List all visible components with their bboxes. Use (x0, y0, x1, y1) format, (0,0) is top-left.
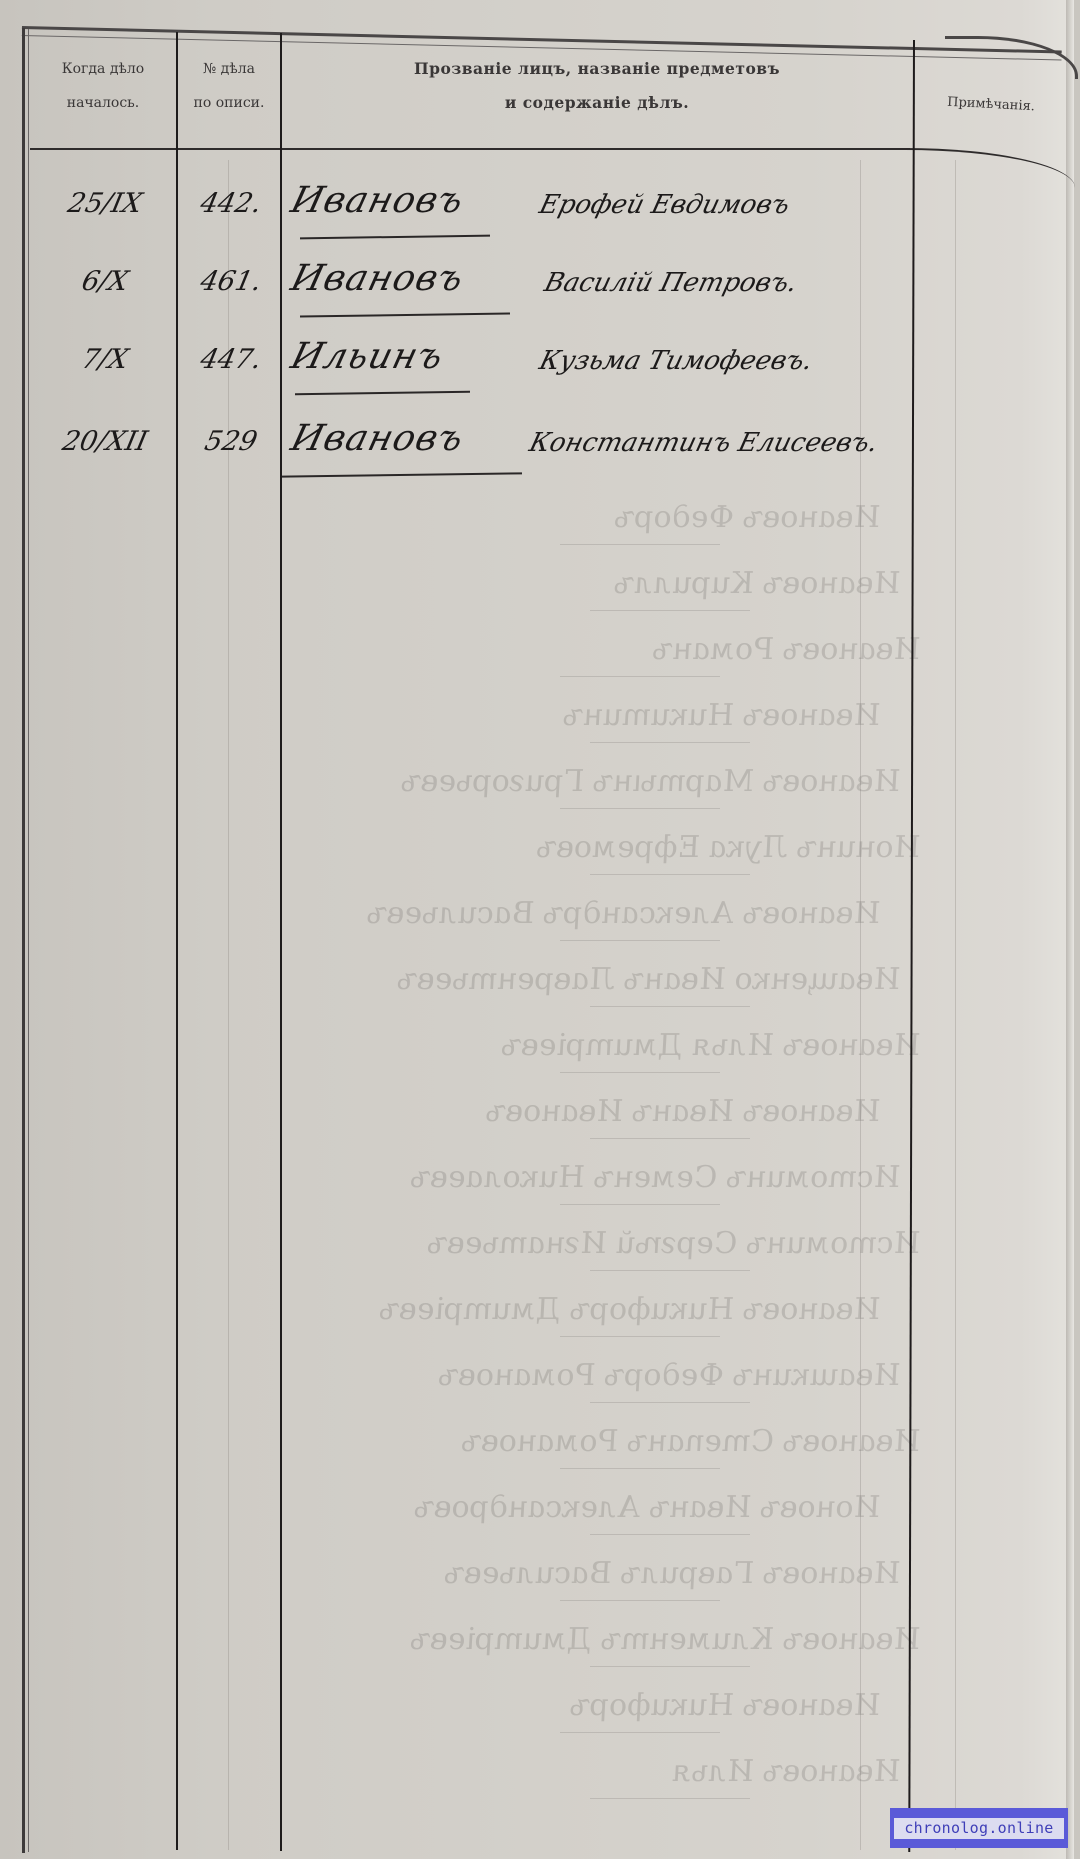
ghost-underline (590, 1006, 750, 1007)
header-case-number: № дѣла по описи. (178, 52, 280, 120)
header-number-line2: по описи. (178, 86, 280, 120)
ghost-underline (560, 940, 720, 941)
row-date: 25/IX (37, 188, 174, 219)
table-top-border-curl (945, 36, 1078, 79)
header-names-contents: Прозваніе лицъ, названіе предметовъ и со… (282, 52, 912, 120)
row-case-number: 442. (183, 188, 280, 219)
surname-underline (295, 391, 470, 395)
ghost-underline (560, 1072, 720, 1073)
row-surname: Ивановъ (287, 180, 468, 221)
header-names-line1: Прозваніе лицъ, названіе предметовъ (282, 52, 912, 86)
ghost-underline (560, 808, 720, 809)
ghost-underline (590, 874, 750, 875)
header-names-line2: и содержаніе дѣлъ. (282, 86, 912, 120)
ghost-line: Ивановъ Никитинъ (236, 698, 885, 733)
surname-underline (300, 235, 490, 240)
ghost-line: Ивановъ Илья (256, 1754, 905, 1789)
ghost-line: Ивановъ Кириллъ (256, 566, 905, 601)
ghost-underline (560, 544, 720, 545)
ghost-underline (590, 1402, 750, 1403)
ghost-underline (560, 676, 720, 677)
ledger-page: Ивановъ ФедоръИвановъ КириллъИвановъ Ром… (0, 0, 1074, 1859)
ghost-underline (590, 1270, 750, 1271)
table-row: 25/IX 442. Ивановъ Ерофей Евдимовъ (0, 180, 1080, 240)
ghost-underline (590, 1534, 750, 1535)
header-date-started: Когда дѣло началось. (30, 52, 176, 120)
surname-underline (300, 313, 510, 318)
ghost-line: Ивашкинъ Федоръ Романовъ (256, 1358, 905, 1393)
ghost-underline (560, 1204, 720, 1205)
surname-underline (282, 472, 522, 477)
row-given-name: Кузьма Тимофеевъ. (536, 346, 815, 376)
row-surname: Ильинъ (287, 336, 448, 377)
watermark-badge: chronolog.online (890, 1808, 1068, 1848)
ghost-underline (560, 1600, 720, 1601)
ghost-underline (590, 1666, 750, 1667)
header-notes-label: Примѣчанія. (915, 84, 1067, 126)
watermark-text: chronolog.online (894, 1818, 1063, 1839)
ghost-underline (590, 610, 750, 611)
row-given-name: Ерофей Евдимовъ (536, 190, 793, 220)
row-date: 7/X (37, 344, 174, 375)
ghost-line: Ивановъ Гаврилъ Васильевъ (256, 1556, 905, 1591)
ghost-line: Ивановъ Илья Дмитріевъ (276, 1028, 925, 1063)
header-date-line1: Когда дѣло (30, 52, 176, 86)
ghost-line: Ивановъ Климентъ Дмитріевъ (276, 1622, 925, 1657)
row-case-number: 529 (183, 426, 280, 457)
ghost-line: Ивановъ Александръ Васильевъ (236, 896, 885, 931)
faint-column-line (860, 160, 861, 1850)
ghost-underline (560, 1336, 720, 1337)
ghost-line: Ивановъ Романъ (276, 632, 925, 667)
faint-column-line (955, 160, 956, 1850)
row-given-name: Василій Петровъ. (541, 268, 800, 298)
ghost-line: Истоминъ Сергѣй Игнатьевъ (276, 1226, 925, 1261)
ghost-line: Истоминъ Семенъ Николаевъ (256, 1160, 905, 1195)
ghost-line: Ивановъ Никифоръ Дмитріевъ (236, 1292, 885, 1327)
ghost-line: Ивановъ Мартынъ Григорьевъ (256, 764, 905, 799)
ghost-underline (590, 742, 750, 743)
row-case-number: 461. (183, 266, 280, 297)
header-number-line1: № дѣла (178, 52, 280, 86)
ghost-underline (590, 1798, 750, 1799)
ghost-line: Ионинъ Лука Ефремовъ (276, 830, 925, 865)
row-surname: Ивановъ (287, 258, 468, 299)
row-date: 6/X (37, 266, 174, 297)
row-surname: Ивановъ (287, 418, 468, 459)
header-divider (30, 148, 910, 150)
ghost-underline (560, 1732, 720, 1733)
ghost-underline (560, 1468, 720, 1469)
header-notes: Примѣчанія. (915, 84, 1067, 126)
ghost-line: Ионовъ Иванъ Александровъ (236, 1490, 885, 1525)
faint-column-line (228, 160, 229, 1850)
ghost-line: Ивановъ Никифоръ (236, 1688, 885, 1723)
table-row: 6/X 461. Ивановъ Василій Петровъ. (0, 258, 1080, 318)
table-row: 20/XII 529 Ивановъ Константинъ Елисеевъ. (0, 418, 1080, 478)
ghost-line: Ивановъ Иванъ Ивановъ (236, 1094, 885, 1129)
ghost-line: Иващенко Иванъ Лаврентьевъ (256, 962, 905, 997)
row-given-name: Константинъ Елисеевъ. (526, 428, 881, 458)
ghost-line: Ивановъ Степанъ Романовъ (276, 1424, 925, 1459)
ghost-line: Ивановъ Федоръ (236, 500, 885, 535)
table-row: 7/X 447. Ильинъ Кузьма Тимофеевъ. (0, 336, 1080, 396)
row-case-number: 447. (183, 344, 280, 375)
header-date-line2: началось. (30, 86, 176, 120)
row-date: 20/XII (37, 426, 174, 457)
ghost-underline (590, 1138, 750, 1139)
